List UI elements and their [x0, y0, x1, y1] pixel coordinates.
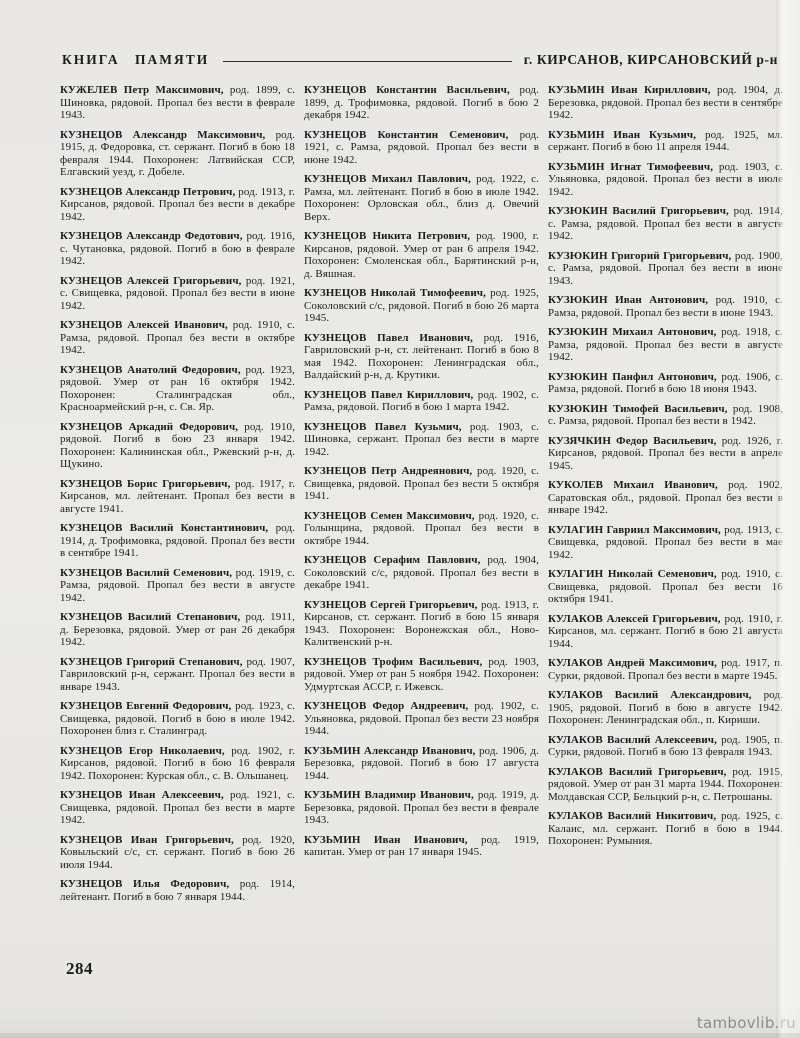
entry-person-name: КУЗНЕЦОВ Илья Федорович, [60, 878, 229, 890]
entries-column-2: КУЗНЕЦОВ Константин Васильевич, род. 189… [304, 84, 539, 910]
entry-person-name: КУЗНЕЦОВ Василий Семенович, [60, 567, 232, 579]
entry-person-name: КУЗНЕЦОВ Евгений Федорович, [60, 700, 231, 712]
entry-person-name: КУЗЮКИН Григорий Григорьевич, [548, 250, 731, 262]
entry-person-name: КУЗЬМИН Иван Кириллович, [548, 84, 711, 96]
memorial-entry: КУЗНЕЦОВ Никита Петрович, род. 1900, г. … [304, 230, 539, 280]
entry-person-name: КУЗНЕЦОВ Алексей Иванович, [60, 319, 228, 331]
scan-bottom-edge [0, 1033, 800, 1038]
memorial-entry: КУЗНЕЦОВ Иван Григорьевич, род. 1920, Ко… [60, 834, 295, 872]
entry-person-name: КУЗНЕЦОВ Алексей Григорьевич, [60, 275, 242, 287]
memorial-entry: КУЗНЕЦОВ Василий Степанович, род. 1911, … [60, 611, 295, 649]
memorial-entry: КУКОЛЕВ Михаил Иванович, род. 1902, Сара… [548, 479, 783, 517]
entry-person-name: КУЗНЕЦОВ Серафим Павлович, [304, 554, 480, 566]
memorial-entry: КУЗЯЧКИН Федор Васильевич, род. 1926, г.… [548, 435, 783, 473]
entry-person-name: КУЛАКОВ Василий Григорьевич, [548, 766, 726, 778]
entry-person-name: КУЗНЕЦОВ Иван Григорьевич, [60, 834, 234, 846]
entry-person-name: КУЗЬМИН Владимир Иванович, [304, 789, 474, 801]
memorial-entry: КУЗЮКИН Тимофей Васильевич, род. 1908, с… [548, 403, 783, 428]
memorial-entry: КУЛАГИН Гавриил Максимович, род. 1913, с… [548, 524, 783, 562]
entry-person-name: КУЗЯЧКИН Федор Васильевич, [548, 435, 717, 447]
memorial-entry: КУЗНЕЦОВ Григорий Степанович, род. 1907,… [60, 656, 295, 694]
memorial-entry: КУЗНЕЦОВ Алексей Григорьевич, род. 1921,… [60, 275, 295, 313]
memorial-entry: КУЗНЕЦОВ Николай Тимофеевич, род. 1925, … [304, 287, 539, 325]
entries-column-1: КУЖЕЛЕВ Петр Максимович, род. 1899, с. Ш… [60, 84, 295, 910]
page-number: 284 [66, 959, 93, 979]
memorial-entry: КУЗНЕЦОВ Константин Семенович, род. 1921… [304, 129, 539, 167]
memorial-entry: КУЗНЕЦОВ Павел Кириллович, род. 1902, с.… [304, 389, 539, 414]
memorial-entry: КУЗЮКИН Иван Антонович, род. 1910, с. Ра… [548, 294, 783, 319]
memorial-entry: КУЗНЕЦОВ Василий Семенович, род. 1919, с… [60, 567, 295, 605]
memorial-entry: КУЗНЕЦОВ Василий Константинович, род. 19… [60, 522, 295, 560]
entry-person-name: КУЗЮКИН Иван Антонович, [548, 294, 708, 306]
entry-person-name: КУЛАКОВ Василий Александрович, [548, 689, 752, 701]
entry-person-name: КУЛАКОВ Василий Алексеевич, [548, 734, 717, 746]
memorial-entry: КУЗНЕЦОВ Александр Федотович, род. 1916,… [60, 230, 295, 268]
entry-person-name: КУЗЮКИН Михаил Антонович, [548, 326, 717, 338]
entry-person-name: КУЗНЕЦОВ Аркадий Федорович, [60, 421, 238, 433]
memorial-entry: КУЗНЕЦОВ Илья Федорович, род. 1914, лейт… [60, 878, 295, 903]
memorial-entry: КУЗЬМИН Александр Иванович, род. 1906, д… [304, 745, 539, 783]
entry-person-name: КУЗНЕЦОВ Василий Константинович, [60, 522, 268, 534]
memorial-entry: КУЛАКОВ Василий Никитович, род. 1925, с.… [548, 810, 783, 848]
memorial-entry: КУЗНЕЦОВ Аркадий Федорович, род. 1910, р… [60, 421, 295, 471]
scan-right-edge [776, 0, 800, 1038]
memorial-entry: КУЗНЕЦОВ Павел Кузьмич, род. 1903, с. Ши… [304, 421, 539, 459]
book-title: КНИГА ПАМЯТИ [62, 52, 209, 68]
entry-person-name: КУЗНЕЦОВ Павел Кузьмич, [304, 421, 462, 433]
entry-person-name: КУЗНЕЦОВ Константин Васильевич, [304, 84, 510, 96]
memorial-entry: КУЗЮКИН Василий Григорьевич, род. 1914, … [548, 205, 783, 243]
entry-person-name: КУЗНЕЦОВ Василий Степанович, [60, 611, 240, 623]
memorial-entry: КУЗЬМИН Иван Кузьмич, род. 1925, мл. сер… [548, 129, 783, 154]
entry-person-name: КУЗЬМИН Иван Кузьмич, [548, 129, 696, 141]
entry-person-name: КУЗНЕЦОВ Павел Кириллович, [304, 389, 473, 401]
memorial-entry: КУЗЬМИН Иван Иванович, род. 1919, капита… [304, 834, 539, 859]
memorial-entry: КУЛАКОВ Алексей Григорьевич, род. 1910, … [548, 613, 783, 651]
memorial-entry: КУЗНЕЦОВ Алексей Иванович, род. 1910, с.… [60, 319, 295, 357]
memorial-entry: КУЛАКОВ Василий Алексеевич, род. 1905, п… [548, 734, 783, 759]
entry-person-name: КУЗЬМИН Александр Иванович, [304, 745, 476, 757]
memorial-entry: КУЗНЕЦОВ Егор Николаевич, род. 1902, г. … [60, 745, 295, 783]
entry-person-name: КУЗЮКИН Тимофей Васильевич, [548, 403, 728, 415]
entry-person-name: КУЗНЕЦОВ Михаил Павлович, [304, 173, 471, 185]
entry-person-name: КУЗНЕЦОВ Николай Тимофеевич, [304, 287, 486, 299]
entry-person-name: КУКОЛЕВ Михаил Иванович, [548, 479, 718, 491]
memorial-entry: КУЗЮКИН Панфил Антонович, род. 1906, с. … [548, 371, 783, 396]
entries-column-3: КУЗЬМИН Иван Кириллович, род. 1904, д. Б… [548, 84, 783, 910]
memorial-entry: КУЛАГИН Николай Семенович, род. 1910, с.… [548, 568, 783, 606]
memorial-entry: КУЛАКОВ Василий Александрович, род. 1905… [548, 689, 783, 727]
entry-person-name: КУЛАГИН Гавриил Максимович, [548, 524, 721, 536]
memorial-entry: КУЗЬМИН Владимир Иванович, род. 1919, д.… [304, 789, 539, 827]
memorial-entry: КУЗНЕЦОВ Александр Петрович, род. 1913, … [60, 186, 295, 224]
entry-person-name: КУЛАГИН Николай Семенович, [548, 568, 717, 580]
memorial-entry: КУЗНЕЦОВ Федор Андреевич, род. 1902, с. … [304, 700, 539, 738]
entry-person-name: КУЗЮКИН Василий Григорьевич, [548, 205, 729, 217]
page-header: КНИГА ПАМЯТИ г. КИРСАНОВ, КИРСАНОВСКИЙ р… [62, 52, 778, 68]
entry-person-name: КУЗНЕЦОВ Иван Алексеевич, [60, 789, 224, 801]
memorial-entry: КУЗНЕЦОВ Михаил Павлович, род. 1922, с. … [304, 173, 539, 223]
entry-person-name: КУЗЬМИН Игнат Тимофеевич, [548, 161, 713, 173]
entry-person-name: КУЛАКОВ Василий Никитович, [548, 810, 716, 822]
memorial-entry: КУЗНЕЦОВ Петр Андреянович, род. 1920, с.… [304, 465, 539, 503]
header-rule [223, 61, 511, 62]
entry-person-name: КУЖЕЛЕВ Петр Максимович, [60, 84, 224, 96]
memorial-entry: КУЗНЕЦОВ Трофим Васильевич, род. 1903, р… [304, 656, 539, 694]
entry-person-name: КУЛАКОВ Алексей Григорьевич, [548, 613, 721, 625]
memorial-entry: КУЗНЕЦОВ Александр Максимович, род. 1915… [60, 129, 295, 179]
entry-person-name: КУЗНЕЦОВ Петр Андреянович, [304, 465, 472, 477]
entry-person-name: КУЗНЕЦОВ Александр Петрович, [60, 186, 235, 198]
entry-person-name: КУЗНЕЦОВ Павел Иванович, [304, 332, 473, 344]
scanned-memorial-page: КНИГА ПАМЯТИ г. КИРСАНОВ, КИРСАНОВСКИЙ р… [0, 0, 800, 1038]
memorial-entry: КУЛАКОВ Андрей Максимович, род. 1917, п.… [548, 657, 783, 682]
memorial-entry: КУЖЕЛЕВ Петр Максимович, род. 1899, с. Ш… [60, 84, 295, 122]
entry-person-name: КУЗНЕЦОВ Григорий Степанович, [60, 656, 243, 668]
memorial-entry: КУЗНЕЦОВ Серафим Павлович, род. 1904, Со… [304, 554, 539, 592]
entry-person-name: КУЗНЕЦОВ Федор Андреевич, [304, 700, 468, 712]
entry-person-name: КУЗНЕЦОВ Трофим Васильевич, [304, 656, 482, 668]
memorial-entry: КУЗНЕЦОВ Павел Иванович, род. 1916, Гавр… [304, 332, 539, 382]
memorial-entry: КУЗНЕЦОВ Сергей Григорьевич, род. 1913, … [304, 599, 539, 649]
entry-person-name: КУЛАКОВ Андрей Максимович, [548, 657, 717, 669]
memorial-entry: КУЗЬМИН Иван Кириллович, род. 1904, д. Б… [548, 84, 783, 122]
memorial-entry: КУЗНЕЦОВ Иван Алексеевич, род. 1921, с. … [60, 789, 295, 827]
memorial-entry: КУЛАКОВ Василий Григорьевич, род. 1915, … [548, 766, 783, 804]
entry-person-name: КУЗНЕЦОВ Александр Федотович, [60, 230, 243, 242]
entry-person-name: КУЗНЕЦОВ Егор Николаевич, [60, 745, 225, 757]
entry-person-name: КУЗЮКИН Панфил Антонович, [548, 371, 717, 383]
entry-person-name: КУЗНЕЦОВ Константин Семенович, [304, 129, 508, 141]
memorial-entry: КУЗЮКИН Михаил Антонович, род. 1918, с. … [548, 326, 783, 364]
entry-person-name: КУЗНЕЦОВ Анатолий Федорович, [60, 364, 241, 376]
memorial-entry: КУЗНЕЦОВ Семен Максимович, род. 1920, с.… [304, 510, 539, 548]
entry-person-name: КУЗНЕЦОВ Сергей Григорьевич, [304, 599, 478, 611]
entry-person-name: КУЗНЕЦОВ Борис Григорьевич, [60, 478, 230, 490]
entry-person-name: КУЗНЕЦОВ Александр Максимович, [60, 129, 265, 141]
memorial-entry: КУЗНЕЦОВ Борис Григорьевич, род. 1917, г… [60, 478, 295, 516]
entry-person-name: КУЗНЕЦОВ Никита Петрович, [304, 230, 470, 242]
memorial-entry: КУЗНЕЦОВ Анатолий Федорович, род. 1923, … [60, 364, 295, 414]
entries-columns: КУЖЕЛЕВ Петр Максимович, род. 1899, с. Ш… [60, 84, 783, 910]
entry-person-name: КУЗНЕЦОВ Семен Максимович, [304, 510, 475, 522]
district-title: г. КИРСАНОВ, КИРСАНОВСКИЙ р-н [524, 52, 778, 68]
memorial-entry: КУЗНЕЦОВ Константин Васильевич, род. 189… [304, 84, 539, 122]
entry-person-name: КУЗЬМИН Иван Иванович, [304, 834, 468, 846]
memorial-entry: КУЗЬМИН Игнат Тимофеевич, род. 1903, с. … [548, 161, 783, 199]
memorial-entry: КУЗЮКИН Григорий Григорьевич, род. 1900,… [548, 250, 783, 288]
memorial-entry: КУЗНЕЦОВ Евгений Федорович, род. 1923, с… [60, 700, 295, 738]
